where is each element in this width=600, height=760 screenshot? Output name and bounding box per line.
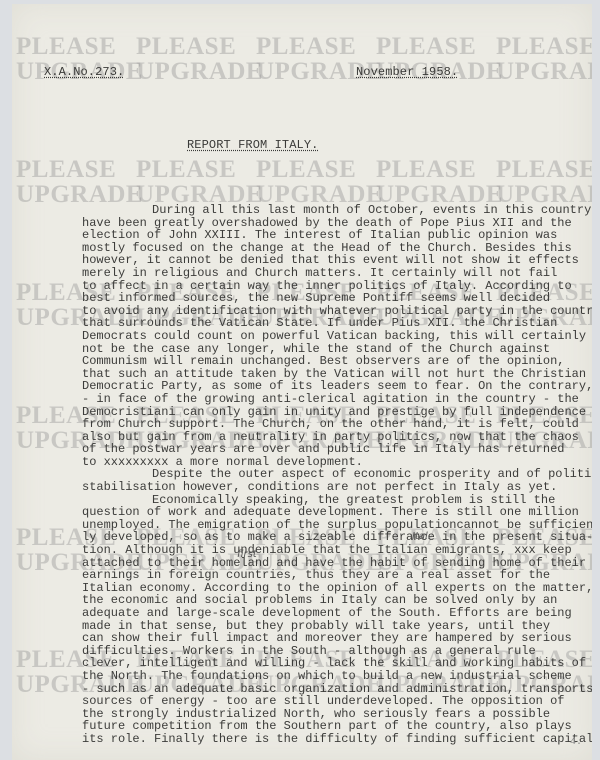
text-line: adequate and large-scale development of … [82,607,592,620]
watermark-row: PLEASEPLEASEPLEASEPLEASEPLEASE [16,33,592,61]
text-line: can show their full impact and moreover … [82,632,592,645]
pencil-annotation: first [237,549,257,560]
text-line: tion. Although it is undeniable that the… [82,544,592,557]
document-reference: X.A.No.273. [44,65,124,79]
text-line: from Church support. The Church, on the … [82,418,592,431]
document-date: November 1958. [356,65,458,79]
document-page: PLEASEPLEASEPLEASEPLEASEPLEASE UPGRADEUP… [12,4,592,760]
text-line: question of work and adequate developmen… [82,506,592,519]
text-line: best informed sources, the new Supreme P… [82,292,592,305]
text-line: the North. The foundations on which to b… [82,670,592,683]
text-line: During all this last month of October, e… [82,204,592,217]
report-body: During all this last month of October, e… [82,204,592,746]
text-line: sources of energy - too are still underd… [82,695,592,708]
text-line: Communism will remain unchanged. Best ob… [82,355,592,368]
text-line: merely in religious and Church matters. … [82,267,592,280]
text-line: Democrats could count on powerful Vatica… [82,330,592,343]
text-line: - in face of the growing anti-clerical a… [82,393,592,406]
pencil-annotation: Ital. [412,531,431,542]
text-line: of the postwar years are over and public… [82,443,592,456]
text-line: its role. Finally there is the difficult… [82,733,592,746]
document-title: REPORT FROM ITALY. [187,138,318,152]
watermark-row: PLEASEPLEASEPLEASEPLEASEPLEASE [16,156,592,184]
page-number: 4. [570,737,582,748]
text-line: earnings in foreign countries, thus they… [82,569,592,582]
text-line: stabilisation however, conditions are no… [82,481,592,494]
text-line: election of John XXIII. The interest of … [82,229,592,242]
